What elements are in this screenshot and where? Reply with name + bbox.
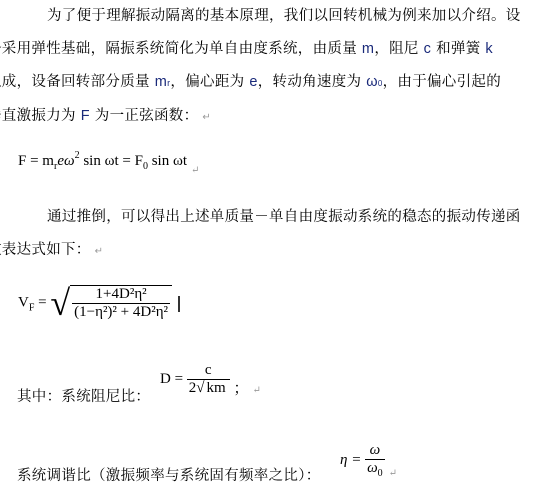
intro-line-4: 垂直激振力为 F 为一正弦函数：↵	[0, 100, 545, 134]
var-F: F	[81, 108, 90, 124]
derivation-line-1: 通过推倒，可以得出上述单质量－单自由度振动系统的稳态的振动传递函	[17, 201, 545, 234]
paragraph-intro: 为了便于理解振动隔离的基本原理，我们以回转机械为例来加以介绍。设 备采用弹性基础…	[17, 0, 545, 134]
return-mark-icon: ↵	[95, 246, 104, 257]
var-mr: mr	[155, 74, 171, 90]
formula-transmissibility: VF = √ 1+4D²η² (1−η²)² + 4D²η²	[18, 285, 180, 321]
var-omega0: ω0	[366, 74, 382, 90]
var-m: m	[362, 41, 374, 57]
damping-ratio-line: 其中：系统阻尼比：	[17, 381, 545, 414]
formula-tuning: η = ω ω0 ↵	[340, 442, 397, 479]
sqrt-symbol: √ 1+4D²η² (1−η²)² + 4D²η²	[50, 285, 172, 321]
formula-force: F = mreω2 sin ωt = F0 sin ωt↵	[18, 150, 199, 176]
return-mark-icon: ↵	[252, 385, 260, 396]
var-k: k	[485, 41, 493, 57]
intro-line-1: 为了便于理解振动隔离的基本原理，我们以回转机械为例来加以介绍。设	[17, 0, 545, 33]
derivation-line-2: 数表达式如下：↵	[0, 234, 545, 268]
return-mark-icon: ↵	[389, 468, 397, 479]
tuning-ratio-line: 系统调谐比（激振频率与系统固有频率之比）：	[17, 460, 545, 493]
formula-damping: D = c 2√km ；↵	[160, 362, 261, 398]
intro-line-3: 组成，设备回转部分质量 mr，偏心距为 e，转动角速度为 ω0，由于偏心引起的	[0, 66, 545, 100]
return-mark-icon: ↵	[202, 112, 211, 123]
var-e: e	[249, 74, 257, 90]
intro-line-2: 备采用弹性基础，隔振系统简化为单自由度系统，由质量 m，阻尼 c 和弹簧 k	[0, 33, 545, 66]
return-mark-icon: ↵	[191, 165, 199, 176]
paragraph-derivation: 通过推倒，可以得出上述单质量－单自由度振动系统的稳态的振动传递函 数表达式如下：…	[17, 201, 545, 268]
text-cursor	[178, 296, 180, 312]
